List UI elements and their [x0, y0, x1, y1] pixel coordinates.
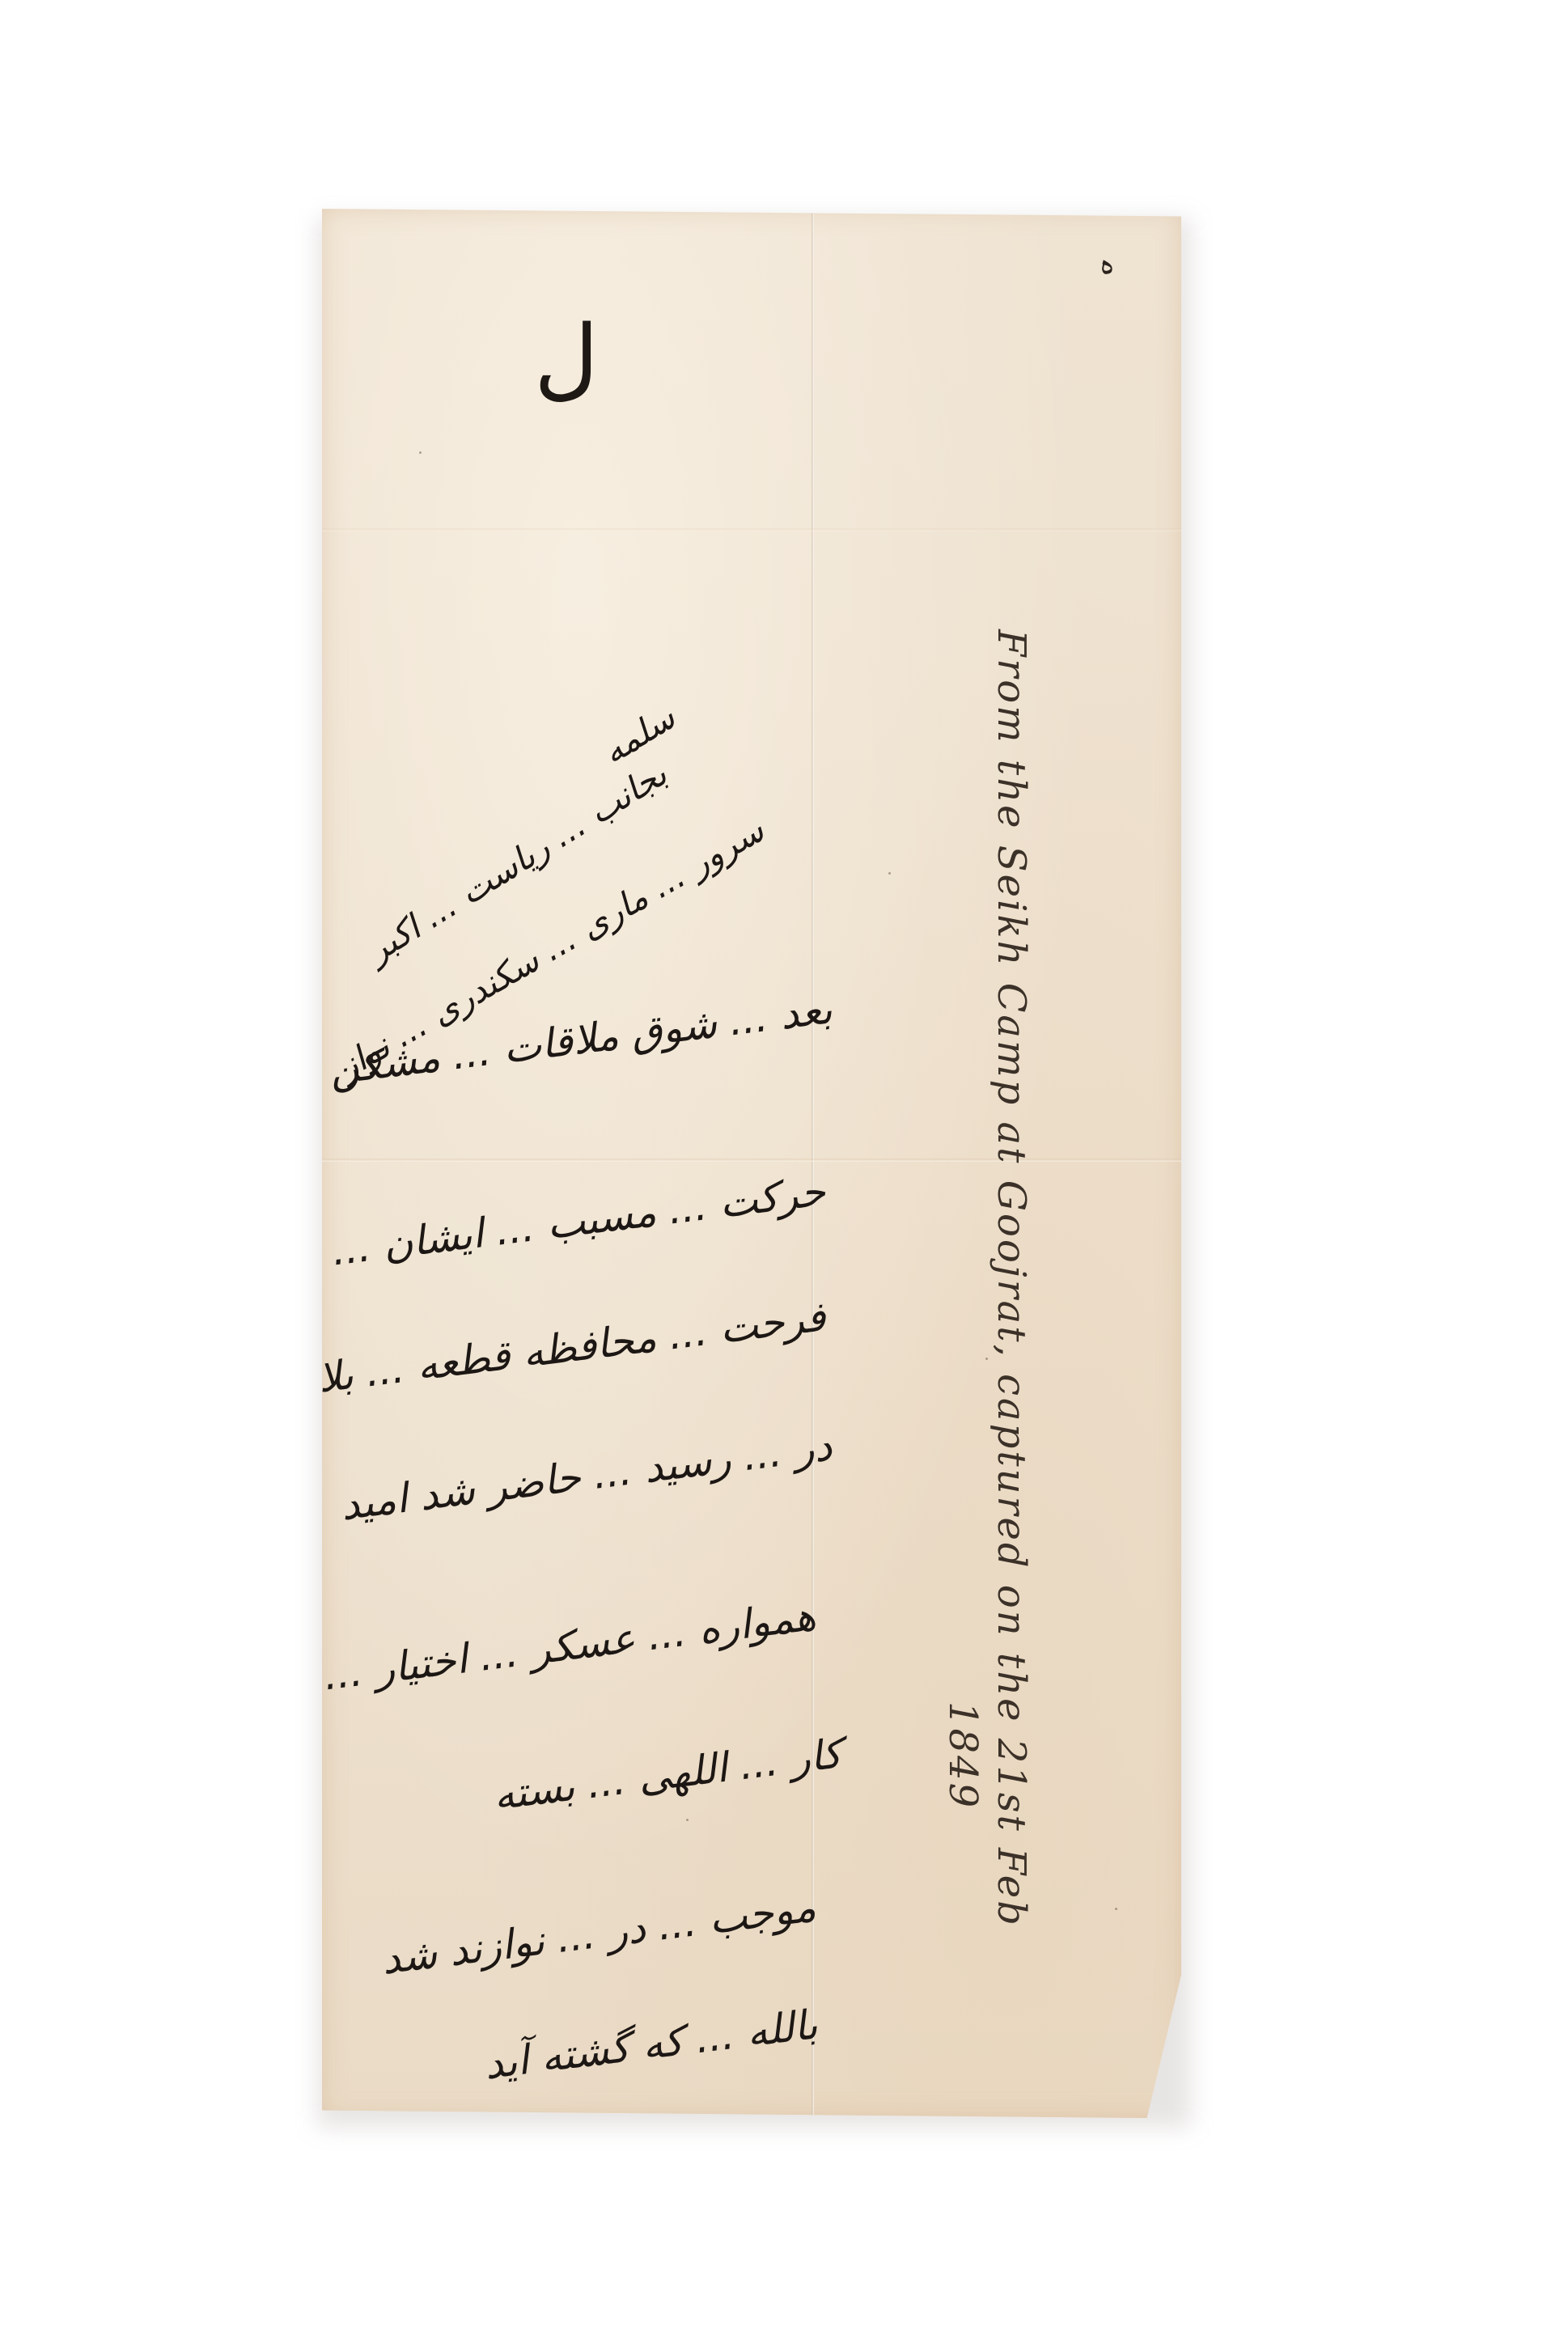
body-line: فرحت ... محافظه قطعه ... بلایی ... بوده: [136, 1293, 828, 1424]
english-endorsement: From the Seikh Camp at Goojrat, captured…: [989, 629, 1034, 1928]
body-line: بالله ... که گشته آید: [482, 2001, 820, 2088]
vertical-fold-line: [812, 209, 814, 2118]
letter-sheet: ﮦ ل سلمه بجانب ... ریاست ... اکبر سرور .…: [322, 209, 1181, 2118]
body-line: در ... رسید ... حاضر شد امید: [338, 1422, 834, 1529]
heading-line: بجانب ... ریاست ... اکبر: [360, 754, 674, 971]
english-endorsement-year: 1849: [940, 1701, 985, 1810]
horizontal-fold-line-faint: [322, 528, 1181, 532]
paper-speck: [985, 1358, 988, 1360]
heading-line: سلمه: [595, 697, 682, 772]
corner-mark: ﮦ: [1088, 232, 1119, 287]
body-line: موجب ... در ... نوازند شد: [379, 1883, 819, 1983]
paper-speck: [888, 872, 891, 875]
paper-speck: [419, 451, 422, 454]
paper-speck: [1115, 1908, 1117, 1910]
body-line: همواره ... عسکر ... اختیار ... مبارک: [207, 1592, 818, 1713]
body-line: کار ... اللهی ... بسته: [491, 1730, 845, 1819]
body-line: حرکت ... مسبب ... ایشان ... معاونه: [211, 1167, 828, 1289]
horizontal-fold-line: [322, 1159, 1181, 1162]
paper-speck: [686, 1819, 689, 1821]
folio-mark: ل: [534, 306, 599, 409]
